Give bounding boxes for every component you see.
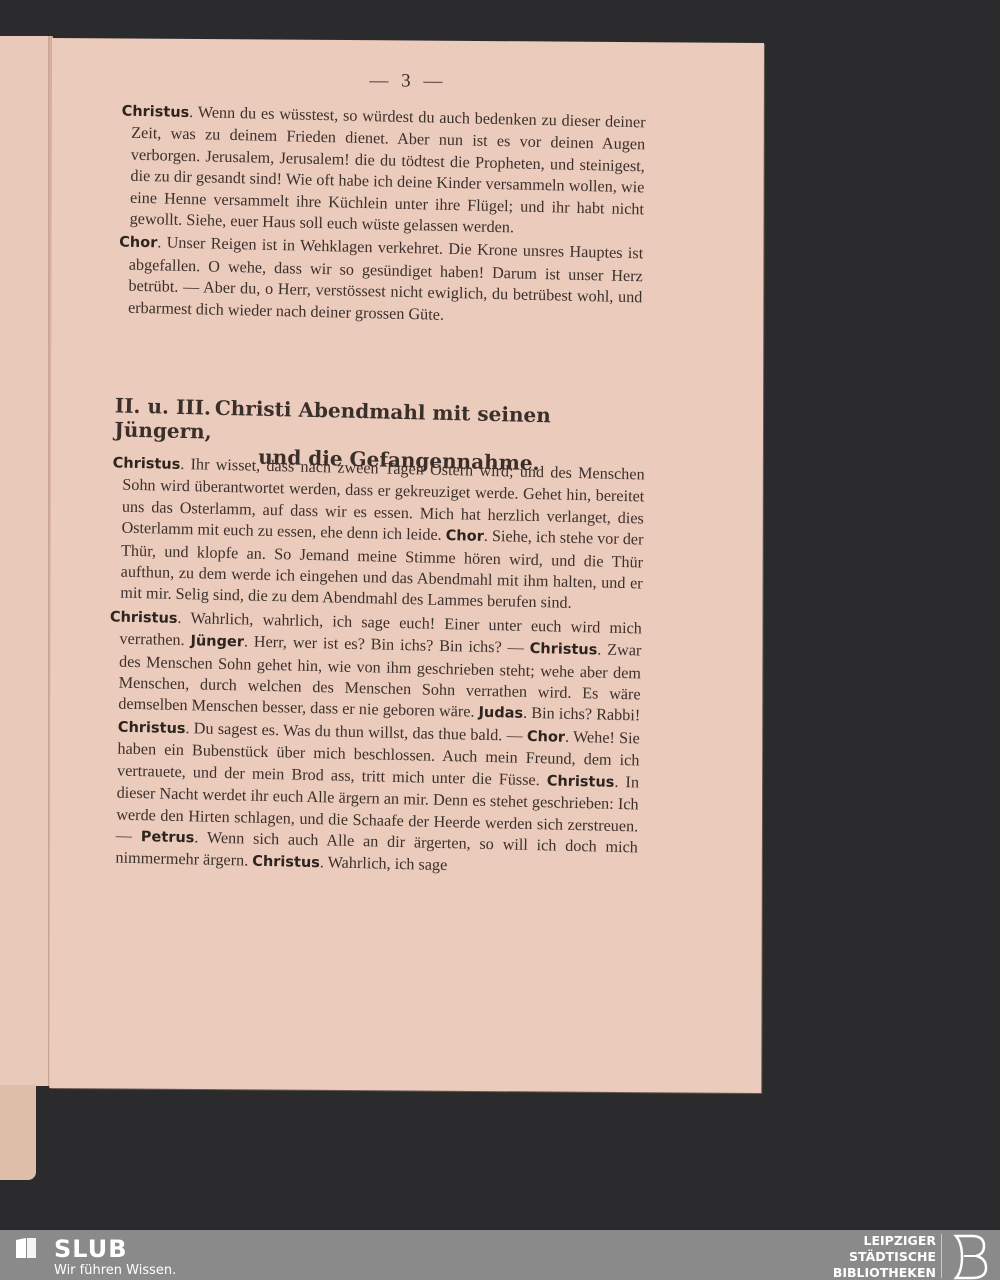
speaker-name: Christus	[547, 773, 615, 791]
speaker-name: Christus	[530, 641, 598, 659]
speaker-name: Christus	[121, 103, 189, 121]
text-block-2: Christus. Ihr wisset, dass nach zween Ta…	[105, 452, 645, 884]
slub-name: SLUB	[54, 1235, 128, 1263]
speaker-name: Jünger	[190, 633, 244, 650]
dialogue-text: . Wenn du es wüsstest, so würdest du auc…	[130, 103, 646, 236]
dialogue-text: . Unser Reigen ist in Wehklagen verkehre…	[128, 234, 643, 324]
book-page: — 3 — Christus. Wenn du es wüsstest, so …	[49, 38, 764, 1093]
text-block-1: Christus. Wenn du es wüsstest, so würdes…	[118, 100, 646, 332]
speaker-name: Petrus	[141, 829, 195, 846]
dialogue-paragraph: Christus. Wahrlich, wahrlich, ich sage e…	[105, 606, 642, 882]
dialogue-paragraph: Christus. Ihr wisset, dass nach zween Ta…	[110, 452, 645, 616]
footer-banner: SLUB Wir führen Wissen. LEIPZIGER STÄDTI…	[0, 1230, 1000, 1280]
lsb-line-1: LEIPZIGER	[833, 1233, 936, 1249]
speaker-name: Christus	[113, 455, 181, 473]
facing-page-edge	[0, 36, 52, 1086]
lsb-b-icon	[950, 1233, 990, 1280]
page-number: — 3 —	[52, 68, 764, 95]
dialogue-text: . Wahrlich, ich sage	[320, 854, 448, 875]
lsb-line-2: STÄDTISCHE	[833, 1249, 936, 1265]
speaker-name: Christus	[110, 609, 178, 627]
lsb-name: LEIPZIGER STÄDTISCHE BIBLIOTHEKEN	[833, 1233, 936, 1280]
dialogue-text: . Herr, wer ist es? Bin ichs? Bin ichs? …	[244, 633, 530, 657]
slub-book-icon	[14, 1236, 38, 1260]
speaker-name: Judas	[478, 705, 523, 722]
speaker-name: Chor	[119, 235, 157, 252]
dialogue-text: . Du sagest es. Was du thun willst, das …	[185, 719, 527, 745]
dialogue-text: . Bin ichs? Rabbi!	[523, 704, 640, 725]
dialogue-paragraph: Christus. Wenn du es wüsstest, so würdes…	[119, 100, 645, 241]
section-number: II. u. III.	[115, 393, 215, 419]
dialogue-paragraph: Chor. Unser Reigen ist in Wehklagen verk…	[118, 232, 643, 330]
lsb-line-3: BIBLIOTHEKEN	[833, 1265, 936, 1280]
slub-tagline: Wir führen Wissen.	[54, 1263, 176, 1278]
footer-divider	[941, 1234, 942, 1278]
speaker-name: Christus	[118, 719, 186, 737]
facing-page-lower-edge	[0, 1085, 36, 1180]
speaker-name: Chor	[446, 528, 484, 545]
speaker-name: Christus	[252, 854, 320, 872]
speaker-name: Chor	[527, 729, 565, 746]
